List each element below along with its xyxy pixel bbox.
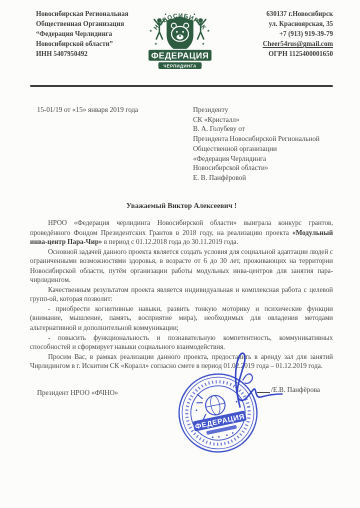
org-inn: ИНН 5407950492 [36, 50, 154, 60]
org-name-block: Новосибирская Региональная Общественная … [36, 10, 154, 60]
letter-body: НРОО «Федерация черлидинга Новосибирской… [30, 219, 333, 372]
org-line: “Федерация Черлидинга [36, 30, 154, 40]
logo-subbanner-text: ЧЕРЛИДИНГА [163, 64, 196, 69]
header-divider-rule [30, 85, 333, 87]
contact-block: 630137 г.Новосибирск ул. Красноярская, 3… [213, 10, 333, 60]
recipient-line: СК «Кристалл» [193, 116, 320, 126]
paragraph-grant-dates: в период с 01.12.2018 года до 30.11.2019… [102, 239, 238, 246]
handwritten-signature-icon [210, 350, 288, 412]
signer-name-text: /Е.В. Панфёрова [271, 386, 320, 394]
bullet-cognitive: - приобрести когнитивные навыки, развить… [30, 305, 333, 334]
paragraph-grant: НРОО «Федерация черлидинга Новосибирской… [30, 219, 333, 248]
contact-ogrn: ОГРН 1125400001650 [213, 50, 333, 60]
contact-address-line: ул. Красноярская, 35 [213, 20, 333, 30]
scanned-letter-page: Новосибирская Региональная Общественная … [0, 0, 360, 508]
ref-number-date: 15-01/19 от «15» января 2019 года [37, 106, 138, 114]
bear-shield [167, 16, 194, 53]
signer-name: /Е.В. Панфёрова [257, 386, 320, 394]
signer-title: Президент НРОО «ФЧНО» [37, 389, 118, 397]
recipient-line: В. А. Голубеву от [193, 125, 320, 135]
recipient-line: Новосибирской области» [193, 164, 320, 174]
org-line: Новосибирская Региональная [36, 10, 154, 20]
contact-phone: +7 (913) 919-39-79 [213, 30, 333, 40]
federation-emblem-logo-icon: НОВОСИБИРСК ★★ ★★ [142, 3, 218, 71]
logo-banner-text: ФЕДЕРАЦИЯ [151, 51, 209, 61]
signature-rule [257, 391, 270, 393]
contact-email: Cheer54rus@gmail.com [213, 40, 333, 50]
svg-text:★: ★ [154, 42, 157, 46]
recipient-line: Е. В. Панфёровой [193, 174, 320, 184]
stamp-banner-text: ФЕДЕРАЦИЯ [194, 412, 245, 431]
recipient-line: Общественной организации [193, 145, 320, 155]
recipient-line: Президенту [193, 106, 320, 116]
svg-text:★: ★ [207, 29, 210, 33]
paragraph-result: Качественным результатом проекта являетс… [30, 286, 333, 305]
salutation: Уважаемый Виктор Алексеевич ! [30, 201, 333, 210]
recipient-block: Президенту СК «Кристалл» В. А. Голубеву … [193, 106, 320, 184]
svg-text:★: ★ [149, 29, 152, 33]
paragraph-goal: Основной задачей данного проекта являетс… [30, 248, 333, 286]
recipient-line: Президента Новосибирской Региональной [193, 135, 320, 145]
org-line: Новосибирской области” [36, 40, 154, 50]
logo-banner: ФЕДЕРАЦИЯ ЧЕРЛИДИНГА [148, 49, 212, 69]
svg-text:★: ★ [202, 42, 205, 46]
paragraph-grant-text: НРОО «Федерация черлидинга Новосибирской… [30, 220, 333, 237]
recipient-line: «Федерация Черлидинга [193, 155, 320, 165]
contact-address-line: 630137 г.Новосибирск [213, 10, 333, 20]
org-line: Общественная Организация [36, 20, 154, 30]
